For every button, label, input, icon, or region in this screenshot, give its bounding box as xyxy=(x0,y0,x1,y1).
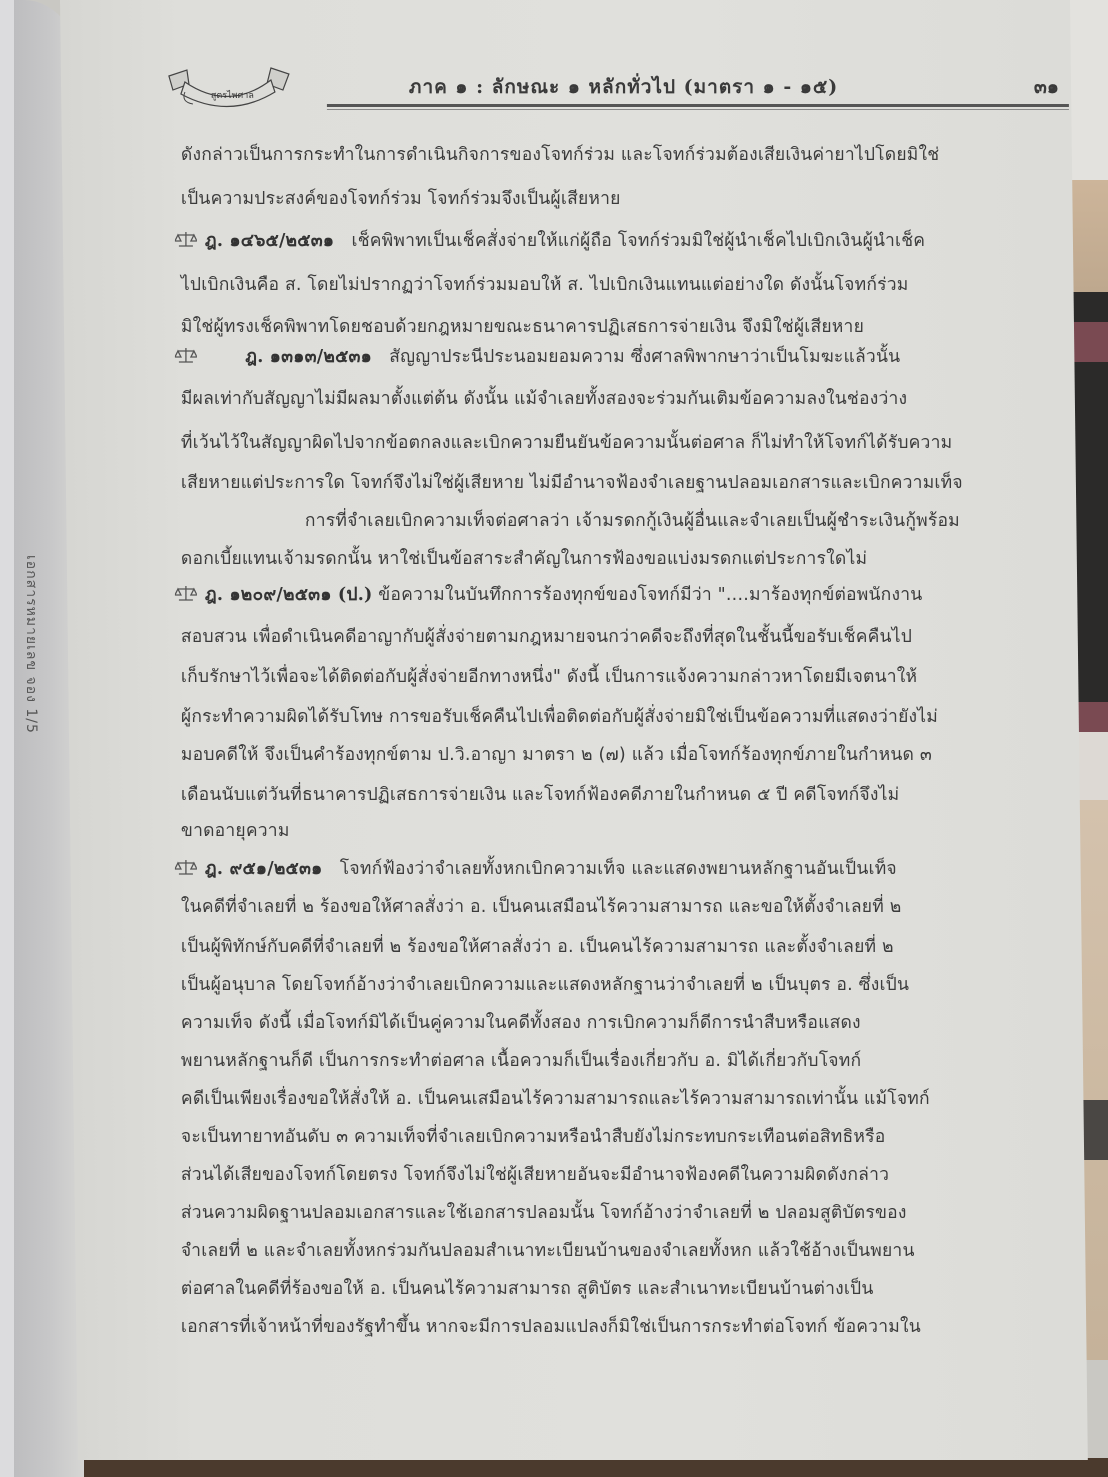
running-header: สูตรไพศาล ภาค ๑ : ลักษณะ ๑ หลักทั่วไป (ม… xyxy=(159,62,1059,112)
text-line: ขาดอายุความ xyxy=(181,816,290,846)
text-line: ส่วนได้เสียของโจทก์โดยตรง โจทก์จึงไม่ใช่… xyxy=(181,1160,889,1190)
header-rule xyxy=(327,104,1069,107)
case-number: ฎ. ๑๔๖๕/๒๕๓๑ xyxy=(205,231,334,251)
text-line: การที่จำเลยเบิกความเท็จต่อศาลว่า เจ้ามรด… xyxy=(305,506,960,536)
text-line: ต่อศาลในคดีที่ร้องขอให้ อ. เป็นคนไร้ความ… xyxy=(181,1274,874,1304)
scales-of-justice-icon xyxy=(175,230,197,248)
case-heading-line: ฎ. ๑๔๖๕/๒๕๓๑ เช็คพิพาทเป็นเช็คสั่งจ่ายให… xyxy=(175,226,925,256)
text-line: ดอกเบี้ยแทนเจ้ามรดกนั้น หาใช่เป็นข้อสาระ… xyxy=(181,544,867,574)
svg-text:สูตรไพศาล: สูตรไพศาล xyxy=(211,90,254,101)
case-number: ฎ. ๑๒๐๙/๒๕๓๑ (ป.) xyxy=(205,585,373,605)
case-number: ฎ. ๙๕๑/๒๕๓๑ xyxy=(205,859,323,879)
text-line: เป็นผู้อนุบาล โดยโจทก์อ้างว่าจำเลยเบิกคว… xyxy=(181,970,909,1000)
text-line: เป็นความประสงค์ของโจทก์ร่วม โจทก์ร่วมจึง… xyxy=(181,184,621,214)
case-heading-line: ฎ. ๑๓๑๓/๒๕๓๑ สัญญาประนีประนอมยอมความ ซึ่… xyxy=(175,342,900,372)
case-heading-line: ฎ. ๑๒๐๙/๒๕๓๑ (ป.) ข้อความในบันทึกการร้อง… xyxy=(175,580,922,610)
scales-of-justice-icon xyxy=(175,584,197,602)
previous-page-edge xyxy=(0,0,14,1477)
text-line: ความเท็จ ดังนี้ เมื่อโจทก์มิได้เป็นคู่คว… xyxy=(181,1008,861,1038)
text-line: พยานหลักฐานก็ดี เป็นการกระทำต่อศาล เนื้อ… xyxy=(181,1046,861,1076)
text-line: ผู้กระทำความผิดได้รับโทษ การขอรับเช็คคืน… xyxy=(181,702,938,732)
text-line: เดือนนับแต่วันที่ธนาคารปฏิเสธการจ่ายเงิน… xyxy=(181,780,899,810)
page-number: ๓๑ xyxy=(1034,72,1059,102)
text-line: มีผลเท่ากับสัญญาไม่มีผลมาตั้งแต่ต้น ดังน… xyxy=(181,384,907,414)
text-line: ดังกล่าวเป็นการกระทำในการดำเนินกิจการของ… xyxy=(181,140,939,170)
case-number: ฎ. ๑๓๑๓/๒๕๓๑ xyxy=(245,347,372,367)
text-line: ในคดีที่จำเลยที่ ๒ ร้องขอให้ศาลสั่งว่า อ… xyxy=(181,892,902,922)
background-table-edge xyxy=(0,1458,1108,1477)
text-line: ไปเบิกเงินคือ ส. โดยไม่ปรากฏว่าโจทก์ร่วม… xyxy=(181,270,909,300)
text-line: ส่วนความผิดฐานปลอมเอกสารและใช้เอกสารปลอม… xyxy=(181,1198,907,1228)
case-heading-line: ฎ. ๙๕๑/๒๕๓๑ โจทก์ฟ้องว่าจำเลยทั้งหกเบิกค… xyxy=(175,854,897,884)
scales-of-justice-icon xyxy=(175,346,197,364)
chapter-title: ภาค ๑ : ลักษณะ ๑ หลักทั่วไป (มาตรา ๑ - ๑… xyxy=(409,72,838,102)
book-page: สูตรไพศาล ภาค ๑ : ลักษณะ ๑ หลักทั่วไป (ม… xyxy=(60,0,1088,1460)
header-rule-thin xyxy=(327,109,1069,110)
text-line: จำเลยที่ ๒ และจำเลยทั้งหกร่วมกันปลอมสำเน… xyxy=(181,1236,915,1266)
text-line: เป็นผู้พิทักษ์กับคดีที่จำเลยที่ ๒ ร้องขอ… xyxy=(181,932,894,962)
text-line: จะเป็นทายาทอันดับ ๓ ความเท็จที่จำเลยเบิก… xyxy=(181,1122,886,1152)
margin-annotation: เอกสารหมายเลข จอง 1/5 xyxy=(18,555,42,815)
scales-of-justice-icon xyxy=(175,858,197,876)
text-line: มอบคดีให้ จึงเป็นคำร้องทุกข์ตาม ป.วิ.อาญ… xyxy=(181,740,932,770)
text-line: มิใช่ผู้ทรงเช็คพิพาทโดยชอบด้วยกฎหมายขณะธ… xyxy=(181,312,864,342)
text-line: เสียหายแต่ประการใด โจทก์จึงไม่ใช่ผู้เสีย… xyxy=(181,468,963,498)
scroll-banner-logo-icon: สูตรไพศาล xyxy=(159,62,299,110)
text-line: เก็บรักษาไว้เพื่อจะได้ติดต่อกับผู้สั่งจ่… xyxy=(181,662,917,692)
text-line: เอกสารที่เจ้าหน้าที่ของรัฐทำขึ้น หากจะมี… xyxy=(181,1312,921,1342)
text-line: สอบสวน เพื่อดำเนินคดีอาญากับผู้สั่งจ่ายต… xyxy=(181,622,912,652)
text-line: คดีเป็นเพียงเรื่องขอให้สั่งให้ อ. เป็นคน… xyxy=(181,1084,930,1114)
text-line: ที่เว้นไว้ในสัญญาผิดไปจากข้อตกลงและเบิกค… xyxy=(181,428,952,458)
